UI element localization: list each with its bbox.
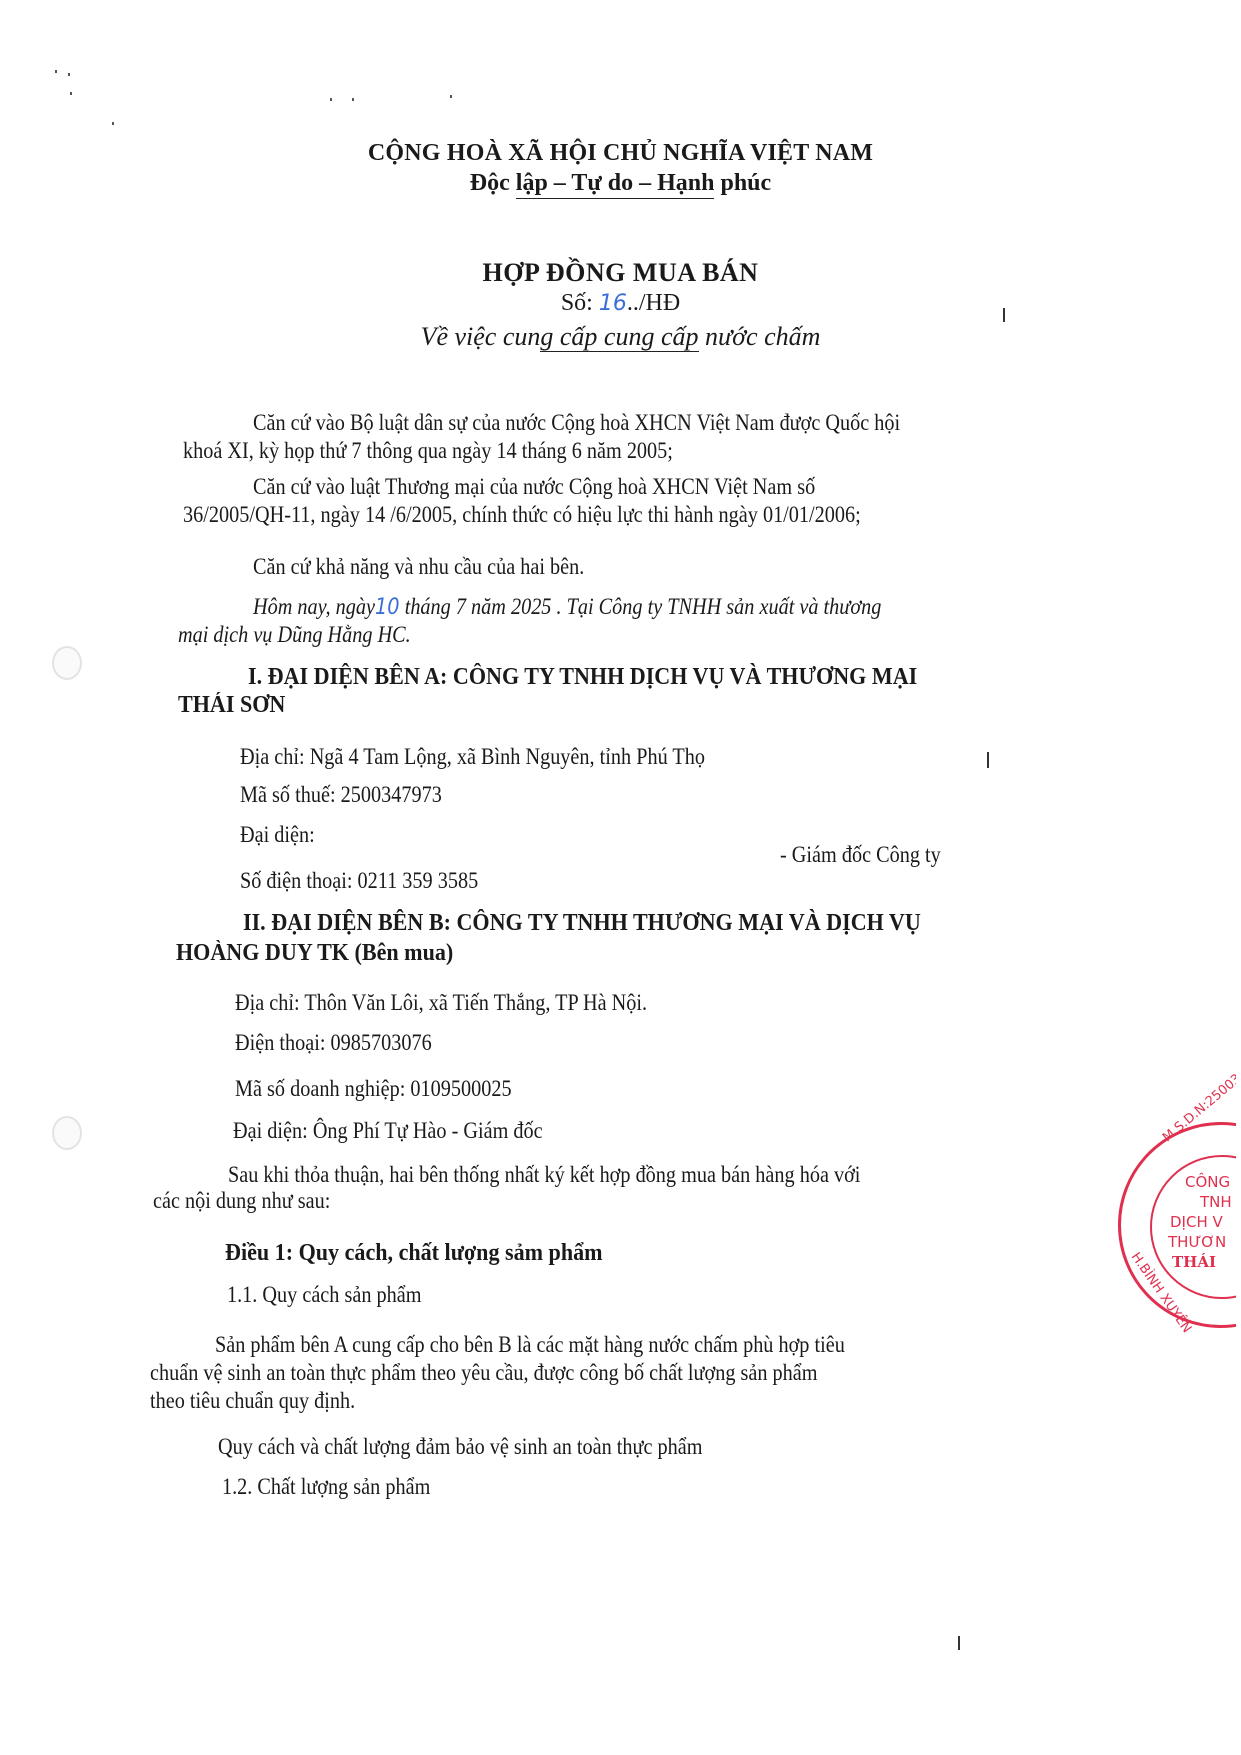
article-1-heading: Điều 1: Quy cách, chất lượng sảm phẩm bbox=[225, 1240, 603, 1267]
scan-mark bbox=[987, 752, 989, 768]
basis-1-line1: Căn cứ vào Bộ luật dân sự của nước Cộng … bbox=[253, 410, 900, 436]
basis-1-line2: khoá XI, kỳ họp thứ 7 thông qua ngày 14 … bbox=[183, 438, 673, 464]
party-b-phone: Điện thoại: 0985703076 bbox=[235, 1030, 432, 1056]
agreement-line2: các nội dung như sau: bbox=[153, 1188, 330, 1214]
motto-prefix: Độc bbox=[470, 170, 516, 196]
article-1-spec-line: Quy cách và chất lượng đảm bảo vệ sinh a… bbox=[218, 1434, 703, 1460]
date-line2: mại dịch vụ Dũng Hằng HC. bbox=[178, 622, 411, 648]
party-a-heading-line2: THÁI SƠN bbox=[178, 692, 285, 719]
party-b-heading-line2: HOÀNG DUY TK (Bên mua) bbox=[176, 940, 453, 967]
page-edge bbox=[1236, 0, 1241, 1755]
date-day-handwritten: 10 bbox=[375, 595, 400, 620]
scan-mark bbox=[958, 1636, 960, 1650]
party-a-address: Địa chỉ: Ngã 4 Tam Lộng, xã Bình Nguyên,… bbox=[240, 744, 705, 770]
article-1-para-line3: theo tiêu chuẩn quy định. bbox=[150, 1388, 355, 1414]
scan-speck bbox=[68, 73, 70, 76]
party-a-tax-code: Mã số thuế: 2500347973 bbox=[240, 782, 442, 808]
scan-speck bbox=[112, 122, 114, 125]
date-rest: tháng 7 năm 2025 . Tại Công ty TNHH sản … bbox=[400, 594, 882, 619]
contract-subject: Về việc cung cấp cung cấp nước chấm bbox=[0, 322, 1241, 352]
date-prefix: Hôm nay, ngày bbox=[253, 594, 375, 619]
punch-hole bbox=[52, 646, 82, 680]
party-a-phone: Số điện thoại: 0211 359 3585 bbox=[240, 868, 478, 894]
scan-mark bbox=[1003, 308, 1005, 322]
article-1-sub-1-1: 1.1. Quy cách sản phẩm bbox=[227, 1282, 421, 1308]
stamp-line5: THÁI bbox=[1172, 1252, 1216, 1272]
subject-suffix: nước chấm bbox=[699, 322, 821, 351]
basis-3: Căn cứ khả năng và nhu cầu của hai bên. bbox=[253, 554, 584, 580]
scan-speck bbox=[70, 92, 72, 95]
article-1-para-line1: Sản phẩm bên A cung cấp cho bên B là các… bbox=[215, 1332, 845, 1358]
basis-2-line2: 36/2005/QH-11, ngày 14 /6/2005, chính th… bbox=[183, 502, 861, 528]
number-handwritten: 16 bbox=[599, 291, 627, 316]
stamp-line4: THƯƠN bbox=[1168, 1232, 1226, 1252]
party-b-business-code: Mã số doanh nghiệp: 0109500025 bbox=[235, 1076, 512, 1102]
scan-speck bbox=[352, 98, 354, 101]
subject-underlined: g cấp cung cấp bbox=[540, 322, 698, 352]
contract-number: Số: 16../HĐ bbox=[0, 290, 1241, 317]
party-a-representative-label: Đại diện: bbox=[240, 822, 315, 848]
national-motto: Độc lập – Tự do – Hạnh phúc bbox=[0, 170, 1241, 197]
motto-underlined: lập – Tự do – Hạnh bbox=[516, 170, 715, 199]
number-suffix: ../HĐ bbox=[627, 290, 680, 316]
article-1-para-line2: chuẩn vệ sinh an toàn thực phẩm theo yêu… bbox=[150, 1360, 818, 1386]
party-a-heading-line1: I. ĐẠI DIỆN BÊN A: CÔNG TY TNHH DỊCH VỤ … bbox=[248, 664, 917, 691]
punch-hole bbox=[52, 1116, 82, 1150]
basis-2-line1: Căn cứ vào luật Thương mại của nước Cộng… bbox=[253, 474, 815, 500]
scan-speck bbox=[55, 70, 57, 73]
number-label: Số: bbox=[561, 290, 599, 316]
scan-speck bbox=[450, 95, 452, 98]
motto-suffix: phúc bbox=[714, 170, 771, 196]
subject-prefix: Về việc cun bbox=[421, 322, 541, 351]
national-title: CỘNG HOÀ XÃ HỘI CHỦ NGHĨA VIỆT NAM bbox=[0, 140, 1241, 167]
party-b-representative: Đại diện: Ông Phí Tự Hào - Giám đốc bbox=[233, 1118, 543, 1144]
stamp-line2: TNH bbox=[1200, 1192, 1232, 1212]
stamp-line1: CÔNG bbox=[1185, 1172, 1230, 1192]
scan-speck bbox=[330, 98, 332, 101]
agreement-line1: Sau khi thỏa thuận, hai bên thống nhất k… bbox=[228, 1162, 860, 1188]
party-b-heading-line1: II. ĐẠI DIỆN BÊN B: CÔNG TY TNHH THƯƠNG … bbox=[243, 910, 921, 937]
stamp-line3: DỊCH V bbox=[1170, 1212, 1223, 1232]
contract-title: HỢP ĐỒNG MUA BÁN bbox=[0, 258, 1241, 288]
article-1-sub-1-2: 1.2. Chất lượng sản phẩm bbox=[222, 1474, 430, 1500]
party-b-address: Địa chỉ: Thôn Văn Lôi, xã Tiến Thắng, TP… bbox=[235, 990, 647, 1016]
party-a-representative-title: - Giám đốc Công ty bbox=[780, 842, 941, 868]
date-line1: Hôm nay, ngày10 tháng 7 năm 2025 . Tại C… bbox=[253, 594, 881, 620]
